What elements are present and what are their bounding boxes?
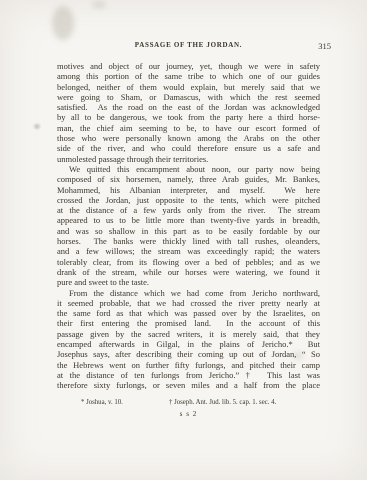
text-line: drank of the stream, while our horses we… (57, 267, 320, 277)
page-number: 315 (318, 41, 331, 51)
page-header: PASSAGE OF THE JORDAN. 315 (57, 41, 320, 52)
running-title: PASSAGE OF THE JORDAN. (135, 41, 242, 49)
text-line: horses. The banks were thickly lined wit… (57, 236, 320, 246)
text-line: and was so shallow in this part as to be… (57, 226, 320, 236)
text-line: at the distance of ten furlongs from Jer… (57, 370, 320, 380)
text-line: From the distance which we had come from… (57, 288, 320, 298)
footnote-joshua: * Joshua, v. 10. (81, 399, 123, 406)
text-line: We quitted this encampment about noon, o… (57, 164, 320, 174)
scan-smudge (92, 1, 106, 8)
printer-signature: s s 2 (57, 410, 320, 418)
scan-smudge (34, 124, 40, 129)
text-line: passage given by the sacred writers, it … (57, 329, 320, 339)
text-line: encamped afterwards in Gilgal, in the pl… (57, 339, 320, 349)
text-line: their first entering the promised land. … (57, 318, 320, 328)
scanned-book-page: PASSAGE OF THE JORDAN. 315 motives and o… (0, 0, 367, 480)
text-line: satisfied. As the road on the east of th… (57, 102, 320, 112)
text-line: appeared to us to be little more than tw… (57, 215, 320, 225)
text-line: pure and sweet to the taste. (57, 277, 320, 287)
text-line: motives and object of our journey, yet, … (57, 61, 320, 71)
text-line: and a few willows; the stream was exceed… (57, 246, 320, 256)
text-line: the Hebrews went on further fifty furlon… (57, 360, 320, 370)
text-line: unmolested passage through their territo… (57, 154, 320, 164)
text-line: among this portion of the same tribe to … (57, 71, 320, 81)
text-line: at the distance of a few yards only from… (57, 205, 320, 215)
text-line: Josephus says, after describing their co… (57, 349, 320, 359)
text-line: those who were personally known among th… (57, 133, 320, 143)
text-line: belonged, neither of them would explain,… (57, 82, 320, 92)
footnotes: * Joshua, v. 10. † Joseph. Ant. Jud. lib… (57, 399, 320, 409)
text-line: were going to Sham, or Damascus, with wh… (57, 92, 320, 102)
text-line: therefore sixty furlongs, or seven miles… (57, 380, 320, 390)
text-line: by all to be dangerous, we took from the… (57, 112, 320, 122)
text-line: tolerably clear, from its flowing over a… (57, 257, 320, 267)
scan-smudge (52, 6, 74, 40)
text-line: the same ford as that which was passed o… (57, 308, 320, 318)
footnote-josephus: † Joseph. Ant. Jud. lib. 5. cap. 1. sec.… (169, 399, 276, 406)
text-line: Mohammed, his Albanian interpreter, and … (57, 185, 320, 195)
text-line: composed of six horsemen, namely, three … (57, 174, 320, 184)
text-line: it seemed probable, that we had crossed … (57, 298, 320, 308)
text-line: side of the river, and who could therefo… (57, 143, 320, 153)
body-text: motives and object of our journey, yet, … (57, 61, 320, 391)
text-line: crossed the Jordan, just opposite to the… (57, 195, 320, 205)
text-line: man, the chief aim seeming to be, to hav… (57, 123, 320, 133)
